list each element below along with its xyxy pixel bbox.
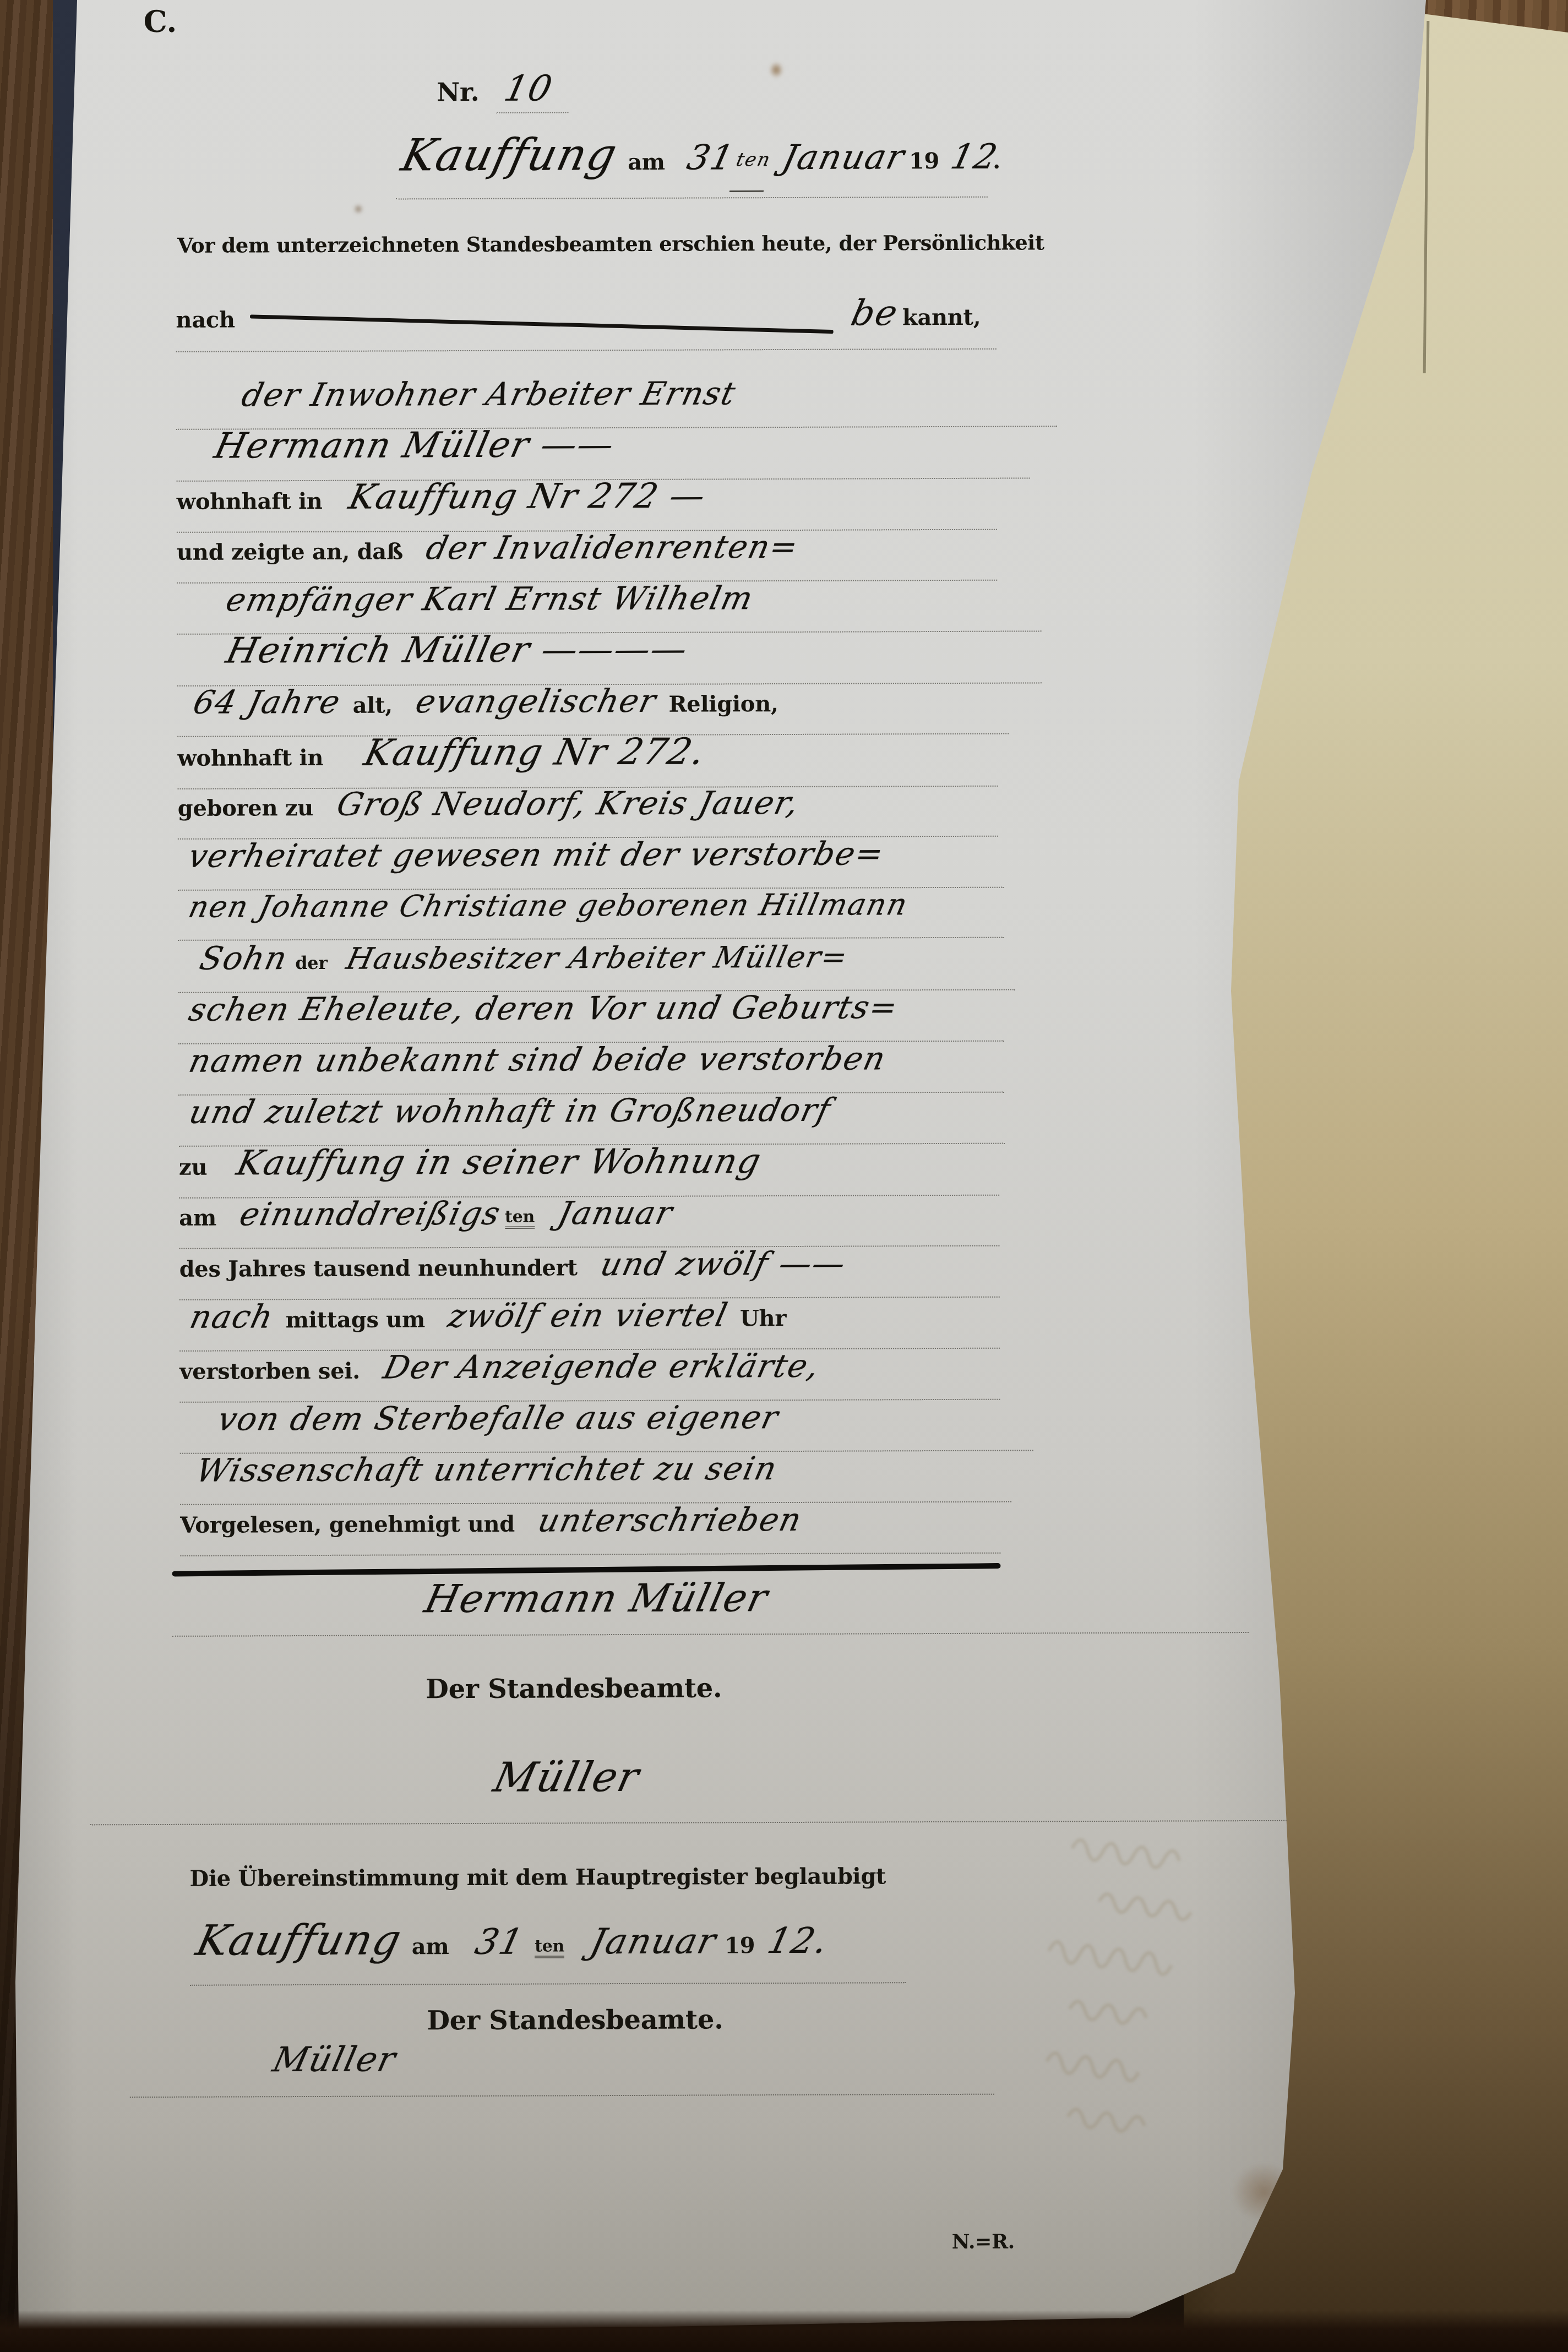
handwritten-unterschrieben: unterschrieben [533,1494,807,1546]
dateline-am-label: am [628,149,665,175]
printed-label: des Jahres tausend neunhundert [179,1255,578,1282]
certification-place: Kauffung [190,1907,409,1973]
printed-alt-label: alt, [353,692,393,718]
ink-strike-line [250,314,834,334]
handwritten-text: empfänger Karl Ernst Wilhelm [221,573,759,625]
handwritten-age: 64 Jahre [188,677,346,728]
death-register-photo: C. Nr. 10 Kauffung am 31 ten Januar 19 1… [0,0,1568,2352]
body-row-23: Vorgelesen, genehmigt und unterschrieben [180,1494,1000,1556]
certification-signature-line: Müller [129,2030,994,2098]
printed-label: und zeigte an, daß [177,538,403,565]
handwritten-text: Kauffung in seiner Wohnung [232,1136,766,1188]
dateline-year-printed: 19 [909,148,939,174]
handwritten-text: Sohn [195,933,293,984]
printed-label: zu [179,1155,207,1180]
handwritten-nach: nach [179,1291,279,1342]
registrar-title-line: Der Standesbeamte. [426,1668,722,1715]
handwritten-text: der Inwohner Arbeiter Ernst [237,368,741,420]
registrar-signature-line: Müller [90,1741,1313,1826]
dateline-month: Januar [776,126,912,188]
form-letter-c-label: C. [144,4,177,39]
handwritten-text: der Invalidenrenten= [421,521,804,573]
handwritten-text: Kauffung Nr 272 — [344,470,711,522]
handwritten-text: von dem Sterbefalle aus eigener [213,1392,785,1445]
handwritten-text: namen unbekannt sind beide verstorben [184,1033,891,1086]
declarant-signature-line: Hermann Müller [172,1571,1249,1637]
handwritten-month: Januar [553,1188,678,1239]
footer-mark-line: N.=R. [952,2228,1015,2260]
intro-line: Vor dem unterzeichneten Standesbeamten e… [177,225,1044,267]
certification-statement-line: Die Übereinstimmung mit dem Hauptregiste… [189,1859,886,1900]
handwritten-text: Kauffung Nr 272. [359,726,710,778]
intro-text: Vor dem unterzeichneten Standesbeamten e… [177,230,1044,257]
ink-bleed-through [1021,1826,1297,2180]
certification-month: Januar [584,1909,723,1974]
printed-label: wohnhaft in [177,745,323,771]
handwritten-text: schen Eheleute, deren Vor und Geburts= [184,982,903,1035]
handwritten-text: Der Anzeigende erklärte, [378,1341,825,1393]
printed-religion-label: Religion, [668,691,778,717]
form-letter-c: C. [144,2,177,48]
identity-line: nach be kannt, [176,287,996,352]
handwritten-text: und zuletzt wohnhaft in Großneudorf [184,1085,836,1137]
printed-mittags-label: mittags um [286,1306,425,1333]
printed-label: wohnhaft in [177,488,323,515]
identity-nach-label: nach [176,307,235,333]
certification-statement: Die Übereinstimmung mit dem Hauptregiste… [189,1863,886,1891]
handwritten-text: verheiratet gewesen mit der verstorbe= [183,828,889,881]
handwritten-text: Groß Neudorf, Kreis Jauer, [331,777,804,830]
paper-speck [769,62,783,78]
handwritten-text: Heinrich Müller ———— [221,624,693,677]
identity-hand-be: be [846,287,904,340]
paper-speck [353,204,363,214]
registrar-title: Der Standesbeamte. [426,1673,722,1705]
declarant-signature: Hermann Müller [420,1572,774,1624]
certification-day: 31 [469,1910,530,1975]
certification-day-suffix: ten [535,1936,564,1958]
handwritten-text: nen Johanne Christiane geborenen Hillman… [183,879,913,933]
handwritten-text: Hausbesitzer Arbeiter Müller= [341,932,853,984]
handwritten-text: Wissenschaft unterrichtet zu sein [191,1443,783,1496]
handwritten-day: einunddreißigs [235,1188,506,1240]
dateline-year-written: 12 [944,126,1004,188]
printed-am-label: am [179,1205,216,1231]
handwritten-time: zwölf ein viertel [443,1289,733,1341]
dateline-place: Kauffung [396,124,624,186]
handwritten-text: Hermann Müller —— [210,420,620,472]
record-number-line: Nr. 10 [437,66,569,121]
bottom-shadow [0,2310,1568,2352]
record-number-label: Nr. [437,77,479,107]
printed-label: der [295,952,328,973]
handwritten-religion: evangelischer [411,676,662,727]
printed-ten-suffix: ten [505,1207,535,1229]
registrar-signature: Müller [487,1743,646,1812]
printed-label: verstorben sei. [179,1358,360,1385]
handwritten-year: und zwölf —— [596,1238,852,1290]
printed-uhr-label: Uhr [740,1305,786,1331]
identity-kannt-label: kannt, [902,304,981,330]
certification-am-label: am [412,1934,449,1959]
record-number-value: 10 [497,66,580,113]
certification-signature: Müller [268,2032,402,2087]
footer-mark: N.=R. [952,2230,1015,2253]
certification-year-printed: 19 [725,1932,755,1958]
printed-label: geboren zu [178,795,314,821]
certification-dateline: Kauffung am 31 ten Januar 19 12. [190,1905,906,1986]
dateline: Kauffung am 31 ten Januar 19 12 . [395,123,987,200]
printed-vorgelesen-label: Vorgelesen, genehmigt und [180,1511,515,1538]
certification-year-written: 12. [761,1909,835,1974]
